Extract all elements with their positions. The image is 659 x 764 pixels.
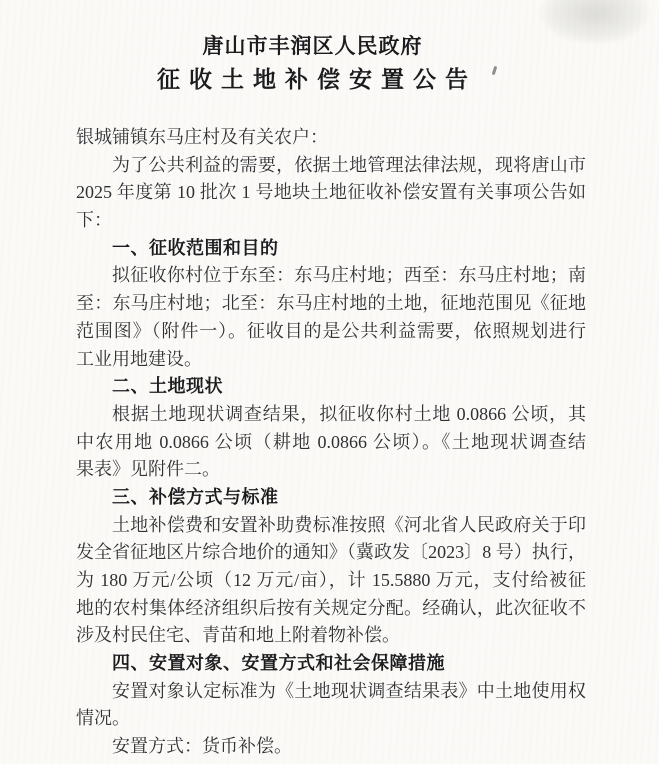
paragraph-line: 涉及村民住宅、青苗和地上附着物补偿。 bbox=[76, 622, 586, 650]
paragraph-line: 下： bbox=[76, 207, 586, 235]
document-body: 银城铺镇东马庄村及有关农户：为了公共利益的需要，依据土地管理法律法规，现将唐山市… bbox=[76, 124, 586, 761]
paragraph-line: 安置方式：货币补偿。 bbox=[76, 733, 586, 761]
paragraph-line: 至：东马庄村地；北至：东马庄村地的土地，征地范围见《征地 bbox=[76, 290, 586, 318]
document-header: 唐山市丰润区人民政府 征收土地补偿安置公告 bbox=[0, 32, 642, 96]
announcement-title: 征收土地补偿安置公告 bbox=[0, 64, 642, 96]
paragraph-line: 安置对象认定标准为《土地现状调查结果表》中土地使用权 bbox=[76, 678, 586, 706]
section-heading: 一、征收范围和目的 bbox=[76, 235, 586, 263]
paragraph-line: 为 180 万元/公顷（12 万元/亩），计 15.5880 万元，支付给被征 bbox=[76, 567, 586, 595]
scanned-document-page: 唐山市丰润区人民政府 征收土地补偿安置公告 银城铺镇东马庄村及有关农户：为了公共… bbox=[0, 0, 659, 764]
section-heading: 三、补偿方式与标准 bbox=[76, 484, 586, 512]
salutation-line: 银城铺镇东马庄村及有关农户： bbox=[76, 124, 586, 152]
paragraph-line: 范围图》（附件一）。征收目的是公共利益需要，依照规划进行 bbox=[76, 318, 586, 346]
paragraph-line: 2025 年度第 10 批次 1 号地块土地征收补偿安置有关事项公告如 bbox=[76, 179, 586, 207]
paragraph-line: 情况。 bbox=[76, 705, 586, 733]
paragraph-line: 为了公共利益的需要，依据土地管理法律法规，现将唐山市 bbox=[76, 152, 586, 180]
paragraph-line: 中农用地 0.0866 公顷（耕地 0.0866 公顷）。《土地现状调查结 bbox=[76, 429, 586, 457]
paragraph-line: 土地补偿费和安置补助费标准按照《河北省人民政府关于印 bbox=[76, 512, 586, 540]
section-heading: 二、土地现状 bbox=[76, 373, 586, 401]
paragraph-line: 根据土地现状调查结果，拟征收你村土地 0.0866 公顷，其 bbox=[76, 401, 586, 429]
paragraph-line: 工业用地建设。 bbox=[76, 346, 586, 374]
paragraph-line: 果表》见附件二。 bbox=[76, 456, 586, 484]
paragraph-line: 发全省征地区片综合地价的通知》（冀政发〔2023〕8 号）执行， bbox=[76, 539, 586, 567]
paragraph-line: 地的农村集体经济组织后按有关规定分配。经确认，此次征收不 bbox=[76, 595, 586, 623]
section-heading: 四、安置对象、安置方式和社会保障措施 bbox=[76, 650, 586, 678]
issuing-authority-title: 唐山市丰润区人民政府 bbox=[0, 32, 642, 60]
paragraph-line: 拟征收你村位于东至：东马庄村地；西至：东马庄村地；南 bbox=[76, 262, 586, 290]
